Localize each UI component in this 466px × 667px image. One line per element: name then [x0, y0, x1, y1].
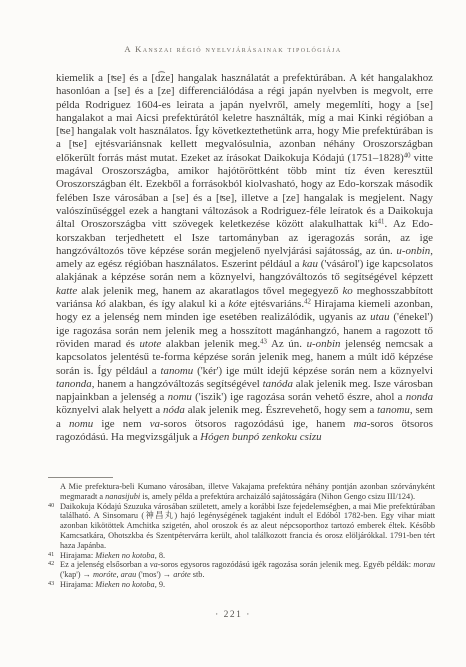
footnote-text: A Mie prefektura-beli Kumano városában, …: [60, 482, 435, 501]
footnote-43: 43 Hirajama: Mieken no kotoba, 9.: [48, 580, 435, 590]
footnote-marker: 43: [48, 579, 54, 589]
footnotes-section: A Mie prefektura-beli Kumano városában, …: [48, 482, 435, 590]
footnote-text: Ez a jelenség elsősorban a va-soros egys…: [60, 560, 435, 579]
footnote-42: 42 Ez a jelenség elsősorban a va-soros e…: [48, 560, 435, 580]
footnote-marker: 42: [48, 559, 54, 569]
footnote-40: 40 Daikokuja Kódajú Szuzuka városában sz…: [48, 502, 435, 551]
footnote-text: Hirajama: Mieken no kotoba, 9.: [60, 580, 165, 589]
footnote-continuation: A Mie prefektura-beli Kumano városában, …: [48, 482, 435, 502]
footnote-text: Daikokuja Kódajú Szuzuka városában szüle…: [60, 502, 435, 550]
footnote-marker: 41: [48, 550, 54, 560]
book-page: A Kanszai régió nyelvjárásainak tipológi…: [0, 0, 466, 667]
footnote-marker: 40: [48, 501, 54, 511]
page-number: · 221 ·: [0, 610, 466, 620]
body-paragraph: kiemelik a [ʦe] és a [d͡ze] hangalak has…: [56, 72, 433, 444]
running-head-title: A Kanszai régió nyelvjárásainak tipológi…: [0, 44, 466, 54]
footnote-41: 41 Hirajama: Mieken no kotoba, 8.: [48, 551, 435, 561]
footnote-separator-rule: [48, 477, 113, 478]
footnote-text: Hirajama: Mieken no kotoba, 8.: [60, 551, 165, 560]
